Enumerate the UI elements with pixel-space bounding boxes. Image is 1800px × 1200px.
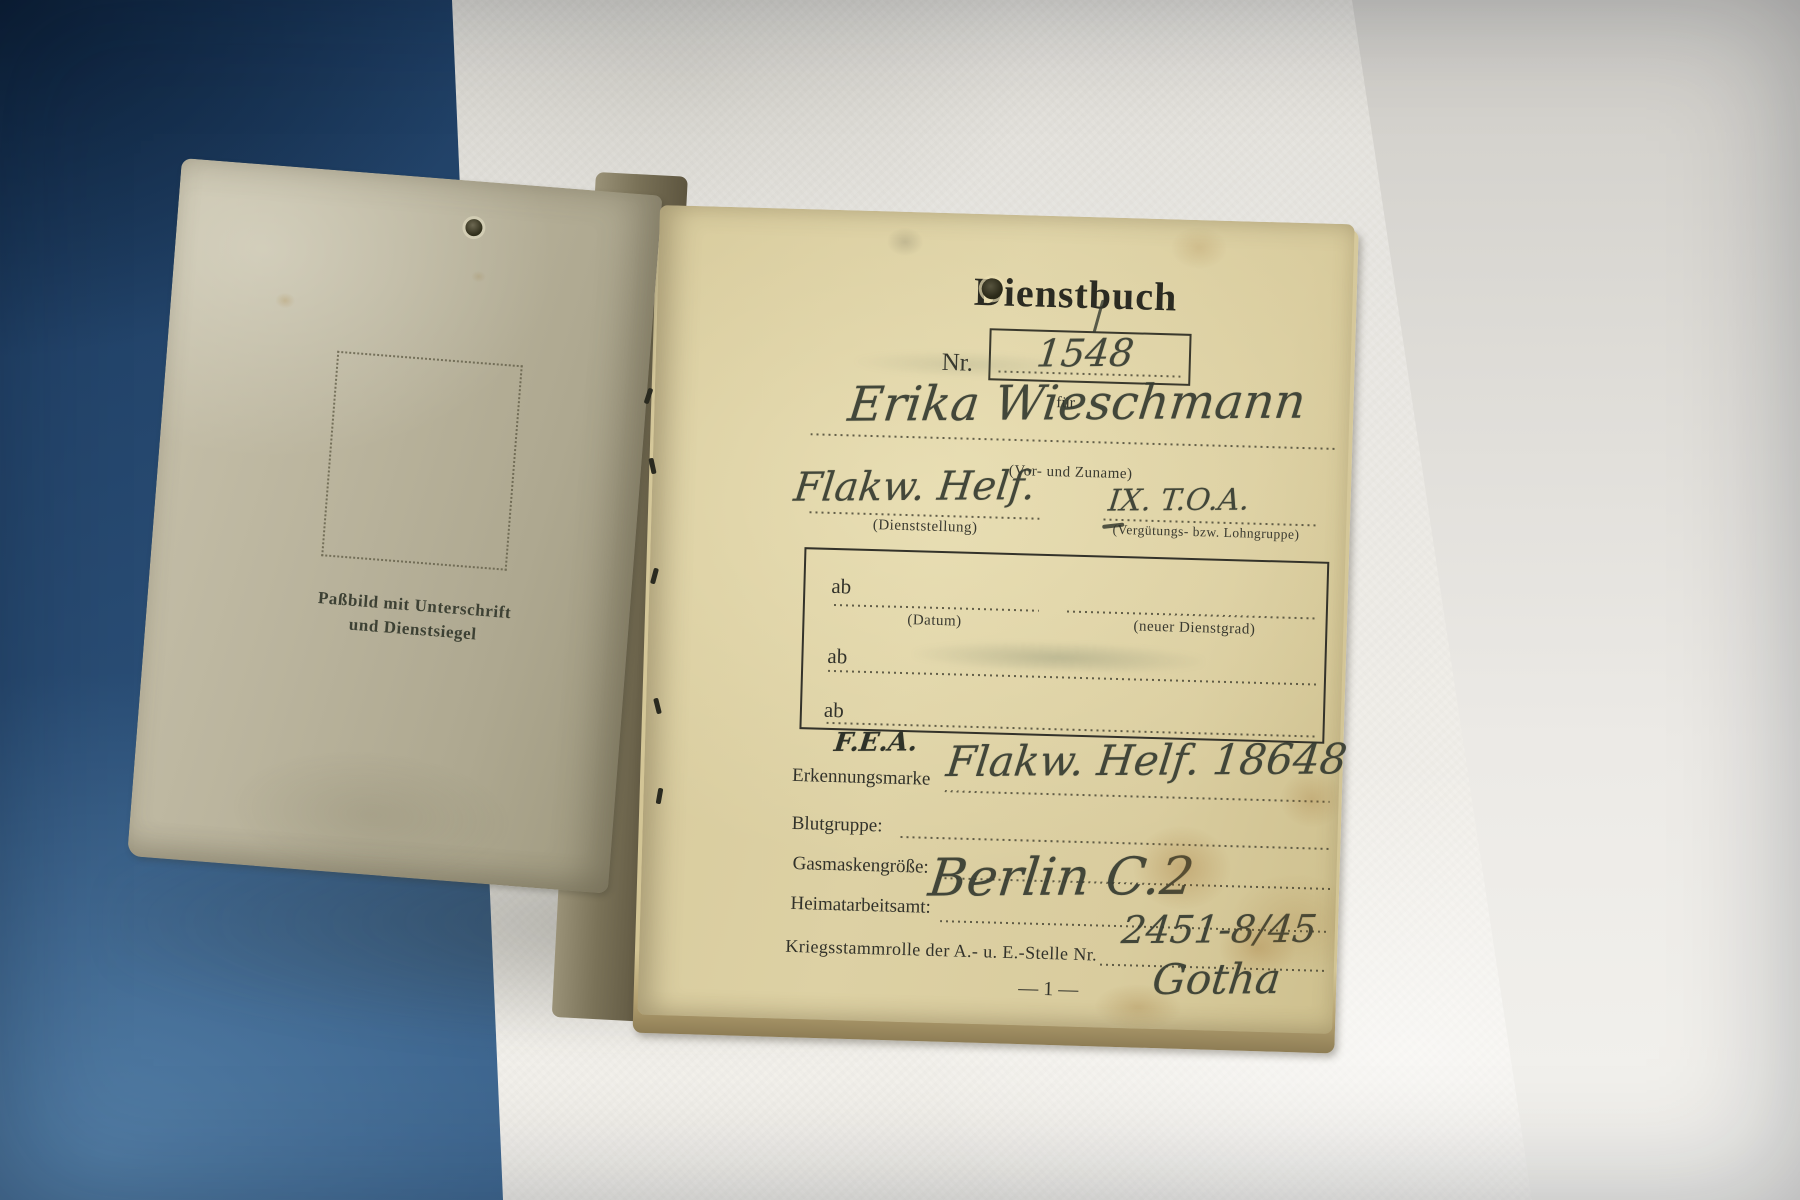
position-caption: (Dienststellung)	[835, 516, 1015, 538]
kriegsstammrolle-label: Kriegsstammrolle der A.- u. E.-Stelle Nr…	[785, 936, 1097, 966]
gasmaske-label: Gasmaskengröße:	[792, 853, 929, 879]
ab-label-2: ab	[827, 644, 848, 670]
name-handwritten-value: Erika Wieschmann	[804, 373, 1350, 433]
erased-entry-smudge	[913, 638, 1204, 674]
nr-label: Nr.	[941, 349, 973, 378]
dienstgrad-caption: (neuer Dienstgrad)	[1104, 618, 1284, 640]
dotted-line	[828, 670, 1320, 686]
dotted-line	[945, 790, 1330, 803]
promotion-entries-box: ab (Datum) (neuer Dienstgrad) ab ab	[799, 547, 1329, 744]
erkennungsmarke-handwritten-value: Flakw. Helf. 18648	[944, 734, 1350, 786]
photo-scene: Paßbild mit Unterschrift und Dienstsiege…	[0, 0, 1800, 1200]
datum-caption: (Datum)	[864, 611, 1004, 632]
dienstbuch-form-page: Dienstbuch Nr. 1548 für Erika Wieschmann…	[637, 205, 1354, 1034]
nr-handwritten-value: 1548	[1034, 331, 1136, 376]
page-title: Dienstbuch	[925, 266, 1226, 321]
dotted-line	[811, 433, 1339, 450]
passport-photo-placeholder-box	[321, 351, 523, 571]
booklet-cover-page: Paßbild mit Unterschrift und Dienstsiege…	[127, 158, 662, 894]
heimatarbeitsamt-handwritten-value: Berlin C.2	[925, 847, 1197, 909]
blutgruppe-label: Blutgruppe:	[791, 813, 882, 838]
kriegsstammrolle-handwritten-number: 2451-8/45	[1119, 907, 1319, 952]
ab-label-1: ab	[831, 574, 852, 600]
page-number: — 1 —	[968, 976, 1129, 1003]
paygroup-handwritten-value: IX. T.O.A.	[1106, 483, 1251, 519]
erkennungsmarke-handwritten-prefix: F.E.A.	[833, 727, 919, 758]
kriegsstammrolle-handwritten-place: Gotha	[1150, 954, 1283, 1004]
erkennungsmarke-label: Erkennungsmarke	[792, 765, 931, 791]
punch-hole-icon	[465, 218, 483, 236]
ab-label-3: ab	[824, 698, 845, 724]
heimatarbeitsamt-label: Heimatarbeitsamt:	[790, 893, 931, 919]
position-handwritten-value: Flakw. Helf.	[792, 463, 1038, 511]
cover-caption: Paßbild mit Unterschrift und Dienstsiege…	[262, 582, 565, 653]
